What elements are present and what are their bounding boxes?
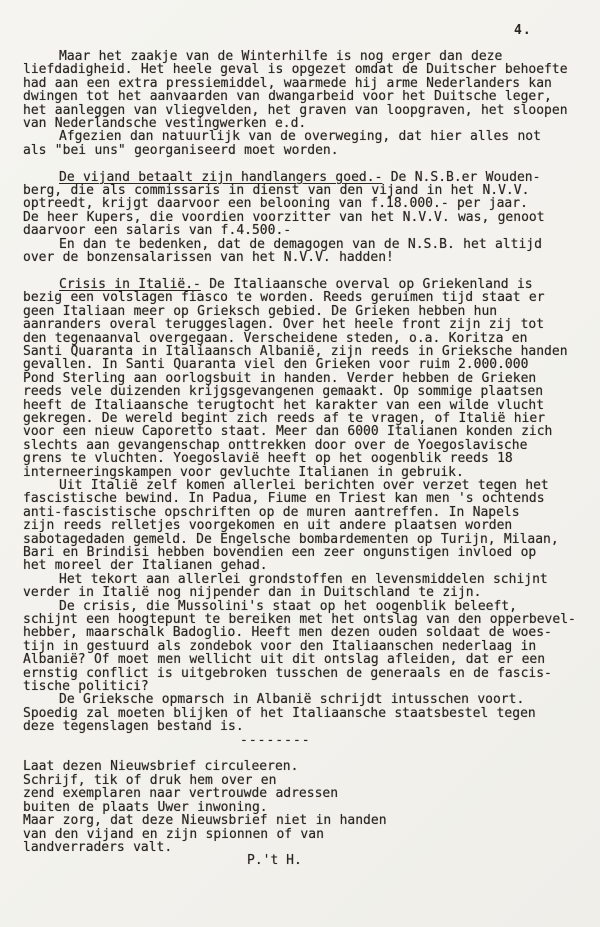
dashed-separator: --------	[23, 734, 583, 747]
paragraph-winterhilfe: Maar het zaakje van de Winterhilfe is no…	[23, 50, 583, 130]
paragraph-verzet-italie: Uit Italië zelf komen allerlei berichten…	[23, 479, 583, 573]
paragraph-mussolini-crisis: De crisis, die Mussolini's staat op het …	[23, 600, 583, 694]
paragraph-afgezien: Afgezien dan natuurlijk van de overwegin…	[23, 130, 583, 157]
newsletter-page: 4. Maar het zaakje van de Winterhilfe is…	[0, 0, 600, 927]
closing-instructions: Laat dezen Nieuwsbrief circuleeren. Schr…	[23, 760, 583, 854]
paragraph-crisis-italie: Crisis in Italië.- De Italiaansche overv…	[23, 278, 583, 479]
paragraph-handlangers: De vijand betaalt zijn handlangers goed.…	[23, 171, 583, 238]
page-content: Maar het zaakje van de Winterhilfe is no…	[23, 50, 583, 868]
paragraph-tekort: Het tekort aan allerlei grondstoffen en …	[23, 573, 583, 600]
paragraph-grieksche-opmarsch: De Grieksche opmarsch in Albanië schrijd…	[23, 693, 583, 733]
signature: P.'t H.	[23, 854, 583, 867]
page-number: 4.	[514, 24, 532, 37]
paragraph-crisis-italie-text: De Italiaansche overval op Griekenland i…	[23, 277, 568, 480]
paragraph-bedenken: En dan te bedenken, dat de demagogen van…	[23, 238, 583, 265]
